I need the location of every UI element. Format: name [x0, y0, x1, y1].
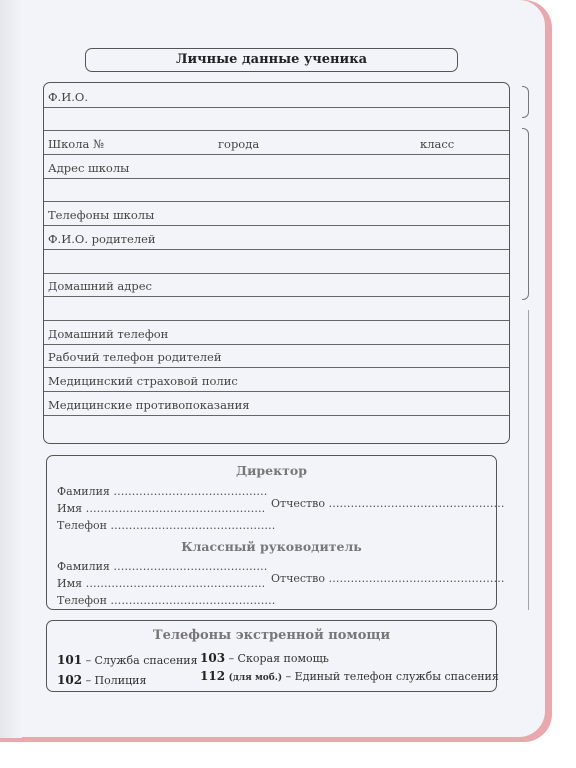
emergency-item: 112 (для моб.) – Единый телефон службы с…	[200, 669, 499, 683]
form-row-label: Школа №	[48, 137, 104, 151]
student-form: Ф.И.О.Школа №городаклассАдрес школыТелеф…	[43, 82, 510, 444]
emergency-code: 103	[200, 651, 225, 665]
form-row[interactable]: Телефоны школы	[44, 202, 509, 227]
form-row[interactable]: Ф.И.О. родителей	[44, 225, 509, 250]
emergency-text: – Скорая помощь	[229, 652, 329, 665]
director-phone-field[interactable]: Телефон ………………………………………	[57, 519, 275, 532]
emergency-code: 102	[57, 673, 82, 687]
form-row[interactable]: Рабочий телефон родителей	[44, 344, 509, 369]
director-surname-field[interactable]: Фамилия ……………………………………	[57, 485, 267, 498]
emergency-text: – Полиция	[86, 674, 147, 687]
emergency-text: – Служба спасения	[86, 654, 198, 667]
form-row[interactable]	[44, 249, 509, 274]
emergency-section: Телефоны экстренной помощи 101 – Служба …	[46, 620, 497, 692]
next-page-edge	[528, 310, 529, 610]
page-spine	[0, 0, 22, 738]
form-row-label: Телефоны школы	[48, 208, 154, 222]
form-row[interactable]	[44, 296, 509, 321]
form-row[interactable]	[44, 107, 509, 132]
emergency-item: 102 – Полиция	[57, 673, 146, 687]
form-row[interactable]: Адрес школы	[44, 154, 509, 179]
form-row[interactable]: Домашний адрес	[44, 273, 509, 298]
emergency-code: 101	[57, 653, 82, 667]
class-teacher-title: Классный руководитель	[47, 539, 496, 554]
form-row[interactable]	[44, 178, 509, 203]
form-row-city-label: города	[218, 137, 259, 151]
emergency-text: – Единый телефон службы спасения	[286, 670, 499, 683]
form-row-label: Адрес школы	[48, 161, 129, 175]
emergency-item: 101 – Служба спасения	[57, 653, 198, 667]
staff-section: Директор Фамилия …………………………………… Имя ……………	[46, 455, 497, 610]
next-page-edge	[522, 128, 529, 300]
emergency-code: 112	[200, 669, 225, 683]
emergency-title: Телефоны экстренной помощи	[47, 628, 496, 643]
form-row[interactable]: Ф.И.О.	[44, 83, 509, 108]
form-row[interactable]: Домашний телефон	[44, 320, 509, 345]
teacher-phone-field[interactable]: Телефон ………………………………………	[57, 594, 275, 607]
form-row[interactable]: Медицинский страховой полис	[44, 367, 509, 392]
teacher-patronymic-field[interactable]: Отчество …………………………………………	[271, 572, 504, 585]
form-row-label: Медицинские противопоказания	[48, 398, 250, 412]
director-patronymic-field[interactable]: Отчество …………………………………………	[271, 497, 504, 510]
form-row-label: Ф.И.О.	[48, 90, 88, 104]
page-title: Личные данные ученика	[85, 48, 458, 72]
form-row-label: Домашний адрес	[48, 279, 152, 293]
emergency-item: 103 – Скорая помощь	[200, 651, 329, 665]
form-row-label: Медицинский страховой полис	[48, 374, 238, 388]
form-row[interactable]: Школа №городакласс	[44, 130, 509, 155]
teacher-name-field[interactable]: Имя ………………………………………….	[57, 577, 265, 590]
teacher-surname-field[interactable]: Фамилия ……………………………………	[57, 560, 267, 573]
form-row-label: Ф.И.О. родителей	[48, 232, 156, 246]
director-name-field[interactable]: Имя ………………………………………….	[57, 502, 265, 515]
next-page-edge	[522, 86, 529, 118]
form-row-label: Домашний телефон	[48, 327, 168, 341]
form-row-class-label: класс	[420, 137, 454, 151]
director-title: Директор	[47, 463, 496, 478]
emergency-note: (для моб.)	[229, 673, 283, 683]
form-row-label: Рабочий телефон родителей	[48, 350, 222, 364]
form-row[interactable]: Медицинские противопоказания	[44, 391, 509, 416]
